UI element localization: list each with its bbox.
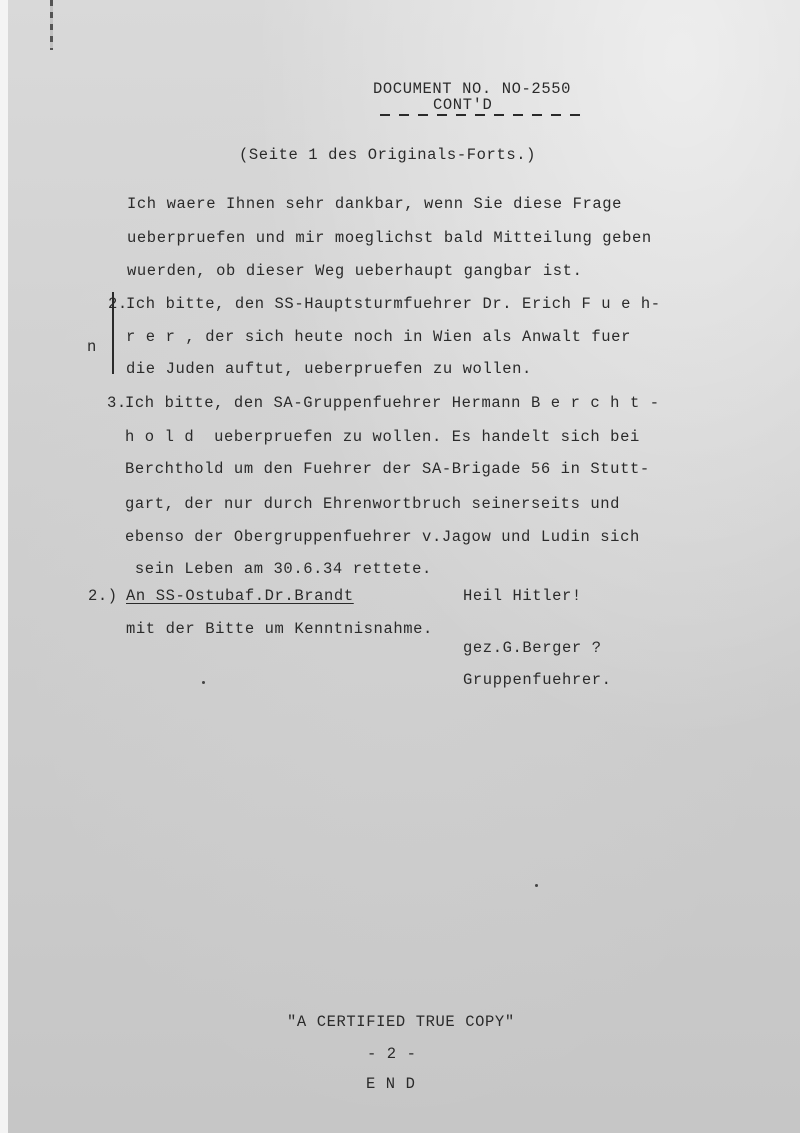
item-3-line-6: sein Leben am 30.6.34 rettete. — [125, 562, 432, 578]
paper-speck — [535, 884, 538, 887]
item-3-line-1: Ich bitte, den SA-Gruppenfuehrer Hermann… — [125, 396, 660, 412]
page-reference: (Seite 1 des Originals-Forts.) — [239, 148, 536, 164]
scan-edge — [0, 0, 8, 1133]
paragraph-1-line-3: wuerden, ob dieser Weg ueberhaupt gangba… — [127, 264, 582, 280]
salutation: Heil Hitler! — [463, 589, 582, 605]
end-mark: E N D — [366, 1077, 416, 1093]
page-number: - 2 - — [367, 1047, 417, 1063]
paragraph-1-line-2: ueberpruefen und mir moeglichst bald Mit… — [127, 231, 652, 247]
item-3-number: 3. — [107, 396, 127, 412]
paper-speck — [202, 681, 205, 684]
document-page: DOCUMENT NO. NO-2550 CONT'D (Seite 1 des… — [8, 0, 800, 1133]
signature: gez.G.Berger ? — [463, 641, 602, 657]
margin-mark: n — [87, 340, 97, 356]
paragraph-1-line-1: Ich waere Ihnen sehr dankbar, wenn Sie d… — [127, 197, 622, 213]
item-3-line-2: h o l d ueberpruefen zu wollen. Es hande… — [125, 430, 640, 446]
signatory-title: Gruppenfuehrer. — [463, 673, 612, 689]
item-2-line-1: Ich bitte, den SS-Hauptsturmfuehrer Dr. … — [126, 297, 661, 313]
item-2-number: 2. — [108, 297, 128, 313]
paper-crease — [50, 0, 53, 50]
certification: "A CERTIFIED TRUE COPY" — [287, 1015, 515, 1031]
routing-recipient: An SS-Ostubaf.Dr.Brandt — [126, 589, 354, 605]
item-3-line-4: gart, der nur durch Ehrenwortbruch seine… — [125, 497, 620, 513]
routing-number: 2.) — [88, 589, 118, 605]
item-2-line-2: r e r , der sich heute noch in Wien als … — [126, 330, 631, 346]
item-3-line-5: ebenso der Obergruppenfuehrer v.Jagow un… — [125, 530, 640, 546]
item-3-line-3: Berchthold um den Fuehrer der SA-Brigade… — [125, 462, 650, 478]
item-2-line-3: die Juden auftut, ueberpruefen zu wollen… — [126, 362, 532, 378]
header-dashed-rule — [380, 114, 580, 116]
routing-note: mit der Bitte um Kenntnisnahme. — [126, 622, 433, 638]
continued-label: CONT'D — [433, 98, 492, 114]
